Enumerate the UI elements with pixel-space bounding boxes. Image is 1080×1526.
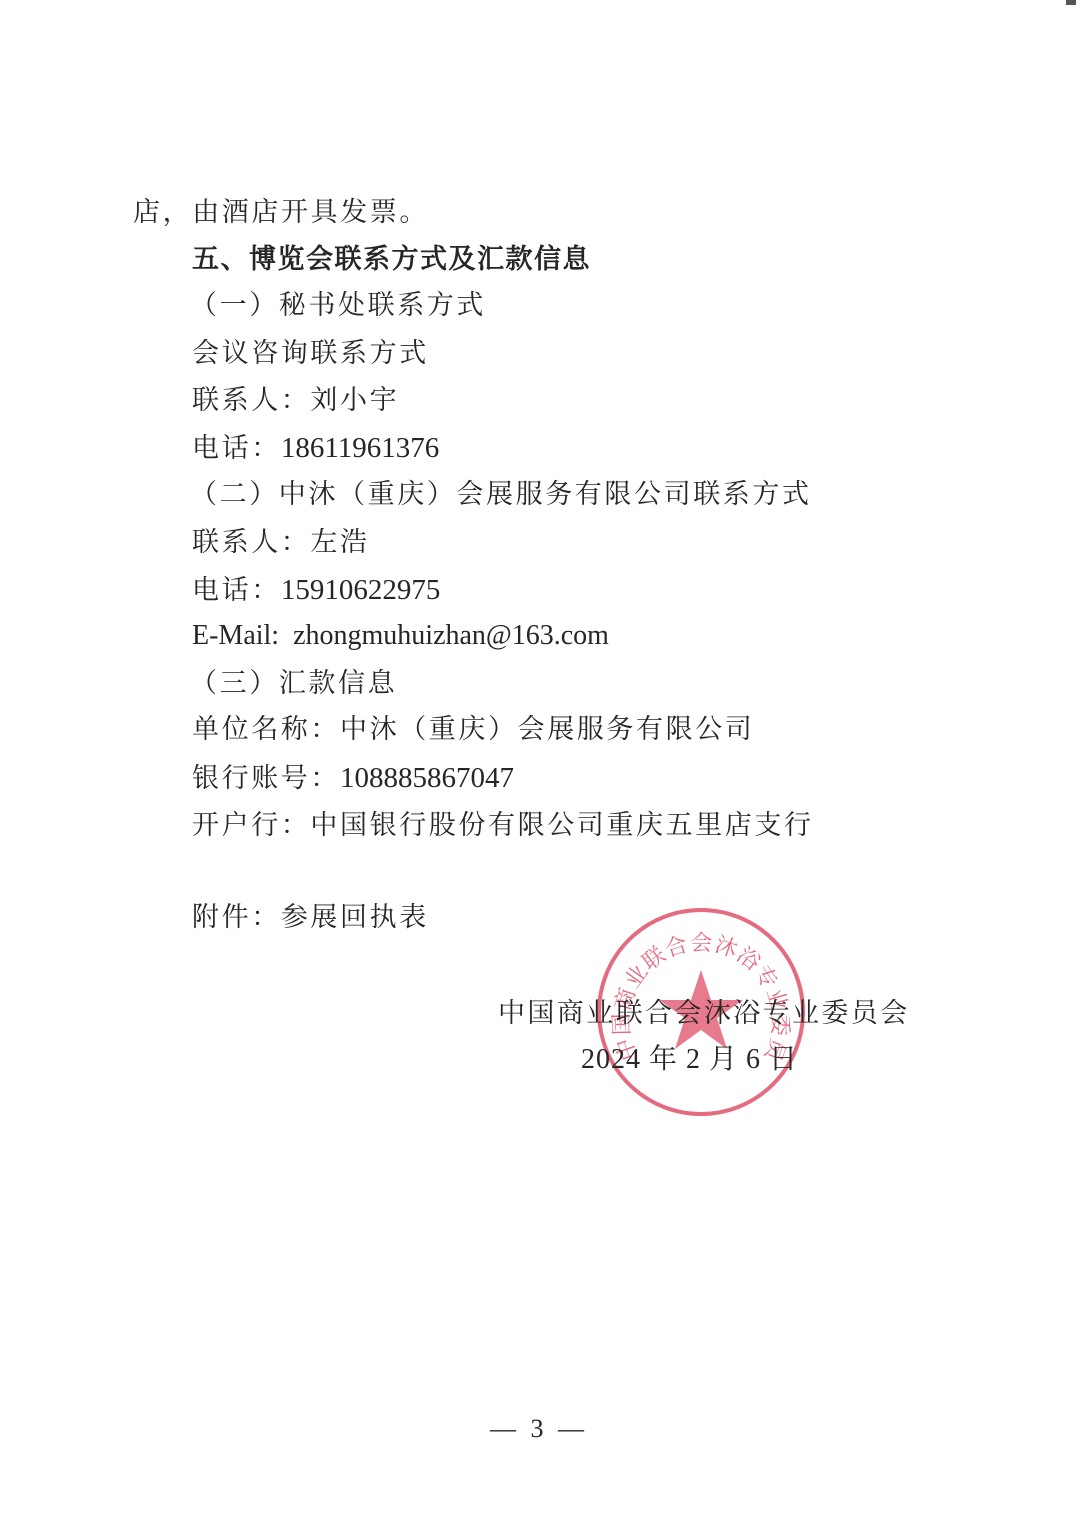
bank-label: 开户行： [192, 810, 310, 841]
subsection3-title: （三）汇款信息 [190, 667, 397, 701]
account-line: 银行账号：108885867047 [192, 761, 514, 796]
bank-line: 开户行：中国银行股份有限公司重庆五里店支行 [192, 809, 814, 843]
attachment-label: 附件： [192, 902, 281, 933]
email-address: zhongmuhuizhan@163.com [293, 620, 609, 651]
company-label: 单位名称： [192, 714, 340, 745]
signature-organization: 中国商业联合会沐浴专业委员会 [498, 997, 910, 1031]
email-label: E-Mail: [192, 620, 279, 651]
phone-number: 18611961376 [281, 432, 439, 464]
phone-label: 电话： [192, 433, 281, 464]
contact-line-1: 联系人：刘小宇 [192, 384, 399, 418]
company-line: 单位名称：中沐（重庆）会展服务有限公司 [192, 713, 754, 747]
contact-name: 左浩 [310, 527, 369, 558]
bank-name: 中国银行股份有限公司重庆五里店支行 [310, 810, 813, 841]
contact-name: 刘小宇 [310, 385, 399, 416]
scan-edge-mark [1066, 0, 1076, 5]
account-label: 银行账号： [192, 763, 340, 794]
attachment-name: 参展回执表 [281, 902, 429, 933]
continuation-text: 店，由酒店开具发票。 [133, 196, 429, 230]
phone-label: 电话： [192, 575, 281, 606]
subsection1-title: （一）秘书处联系方式 [190, 289, 486, 323]
contact-label: 联系人： [192, 385, 310, 416]
subsection1-subtitle: 会议咨询联系方式 [192, 337, 429, 371]
phone-line-1: 电话：18611961376 [192, 431, 439, 466]
phone-line-2: 电话：15910622975 [192, 573, 440, 608]
email-line: E-Mail: zhongmuhuizhan@163.com [192, 619, 609, 653]
company-name: 中沐（重庆）会展服务有限公司 [340, 714, 754, 745]
phone-number: 15910622975 [281, 574, 441, 606]
signature-date: 2024 年 2 月 6 日 [581, 1043, 798, 1077]
subsection2-title: （二）中沐（重庆）会展服务有限公司联系方式 [190, 478, 812, 512]
attachment-line: 附件：参展回执表 [192, 901, 429, 935]
section-heading: 五、博览会联系方式及汇款信息 [192, 243, 591, 277]
contact-label: 联系人： [192, 527, 310, 558]
contact-line-2: 联系人：左浩 [192, 526, 370, 560]
page-number: — 3 — [490, 1414, 588, 1444]
account-number: 108885867047 [340, 762, 514, 794]
